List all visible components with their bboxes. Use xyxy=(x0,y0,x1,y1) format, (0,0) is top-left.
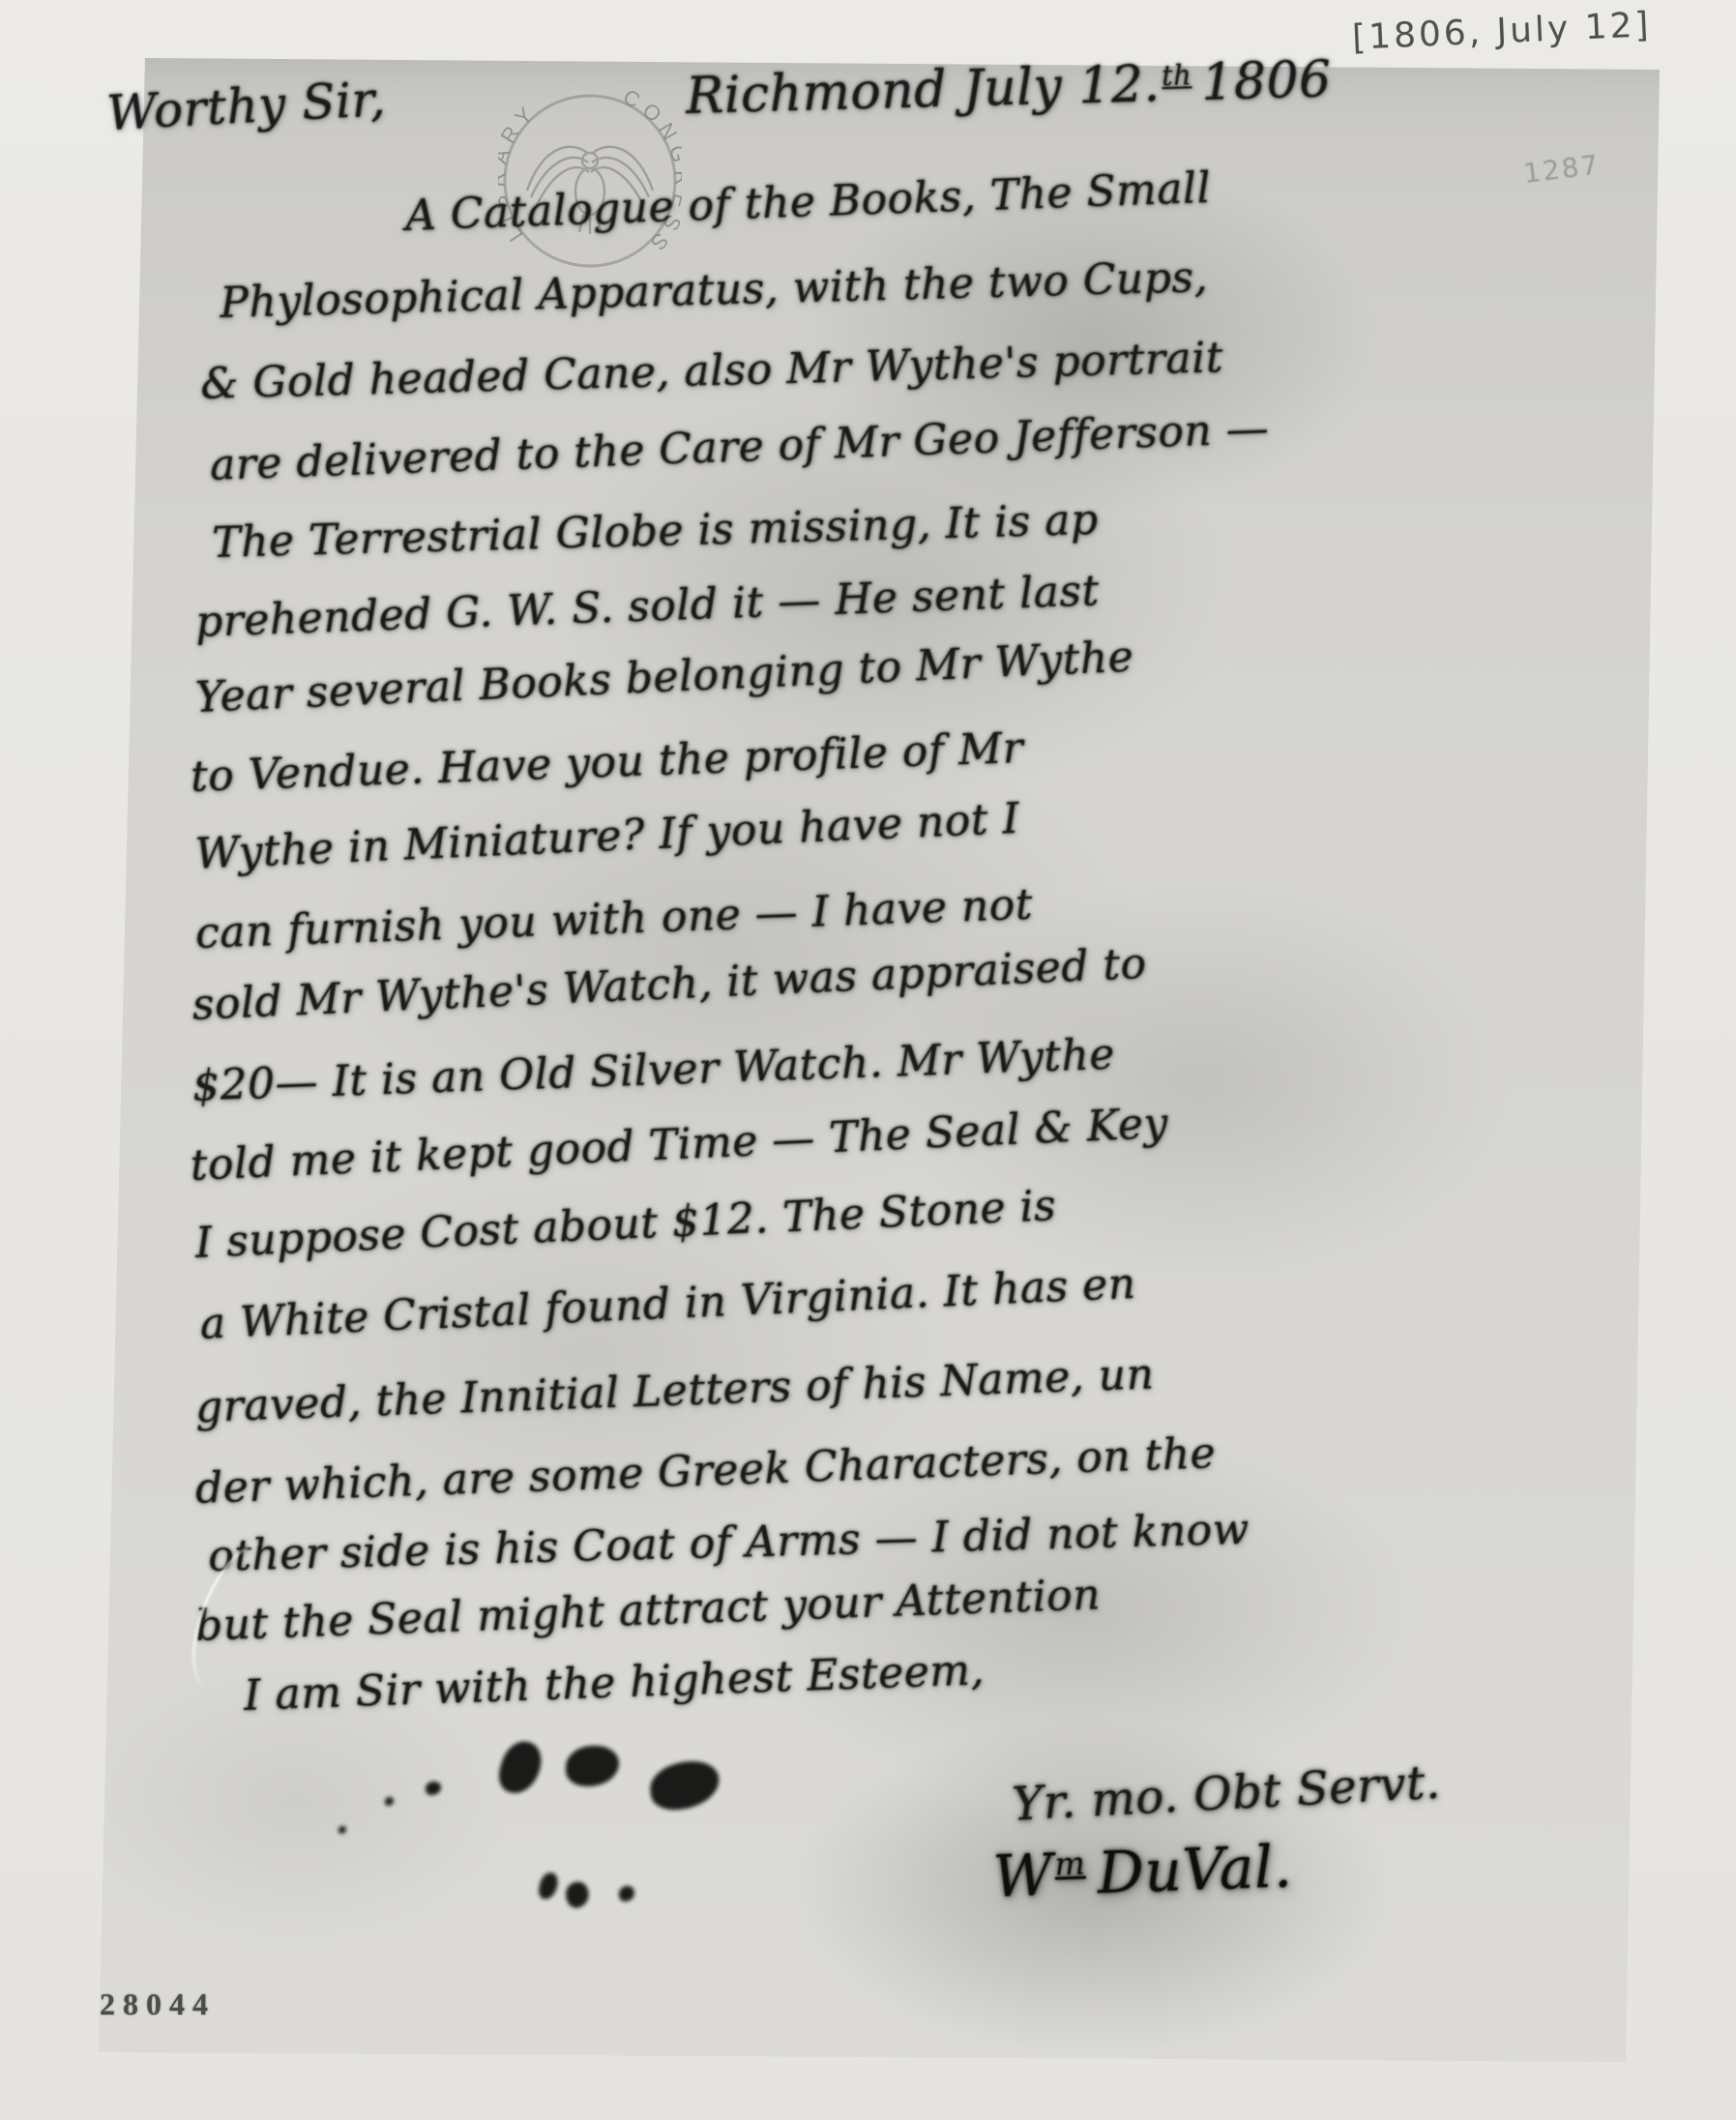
signature-superscript: m xyxy=(1054,1844,1086,1883)
dateline-year: 1806 xyxy=(1201,51,1333,112)
stamp-arc-right-text: CONGRESS xyxy=(619,89,682,260)
dateline-place-day: Richmond July 12. xyxy=(685,55,1161,126)
signature-initial: W xyxy=(992,1841,1055,1911)
signature: WmDuVal. xyxy=(992,1833,1294,1911)
accession-number-stamp: 28044 xyxy=(100,1987,216,2022)
archival-date-annotation: [1806, July 12] xyxy=(1351,5,1652,57)
signature-surname: DuVal. xyxy=(1096,1833,1293,1907)
library-of-congress-stamp: LIBRARY CONGRESS xyxy=(498,89,682,273)
dateline-ordinal: th xyxy=(1162,59,1192,93)
svg-text:CONGRESS: CONGRESS xyxy=(619,89,682,260)
scanned-letter-page: LIBRARY CONGRESS [1806, July 12] 1287 Wo… xyxy=(0,0,1736,2120)
